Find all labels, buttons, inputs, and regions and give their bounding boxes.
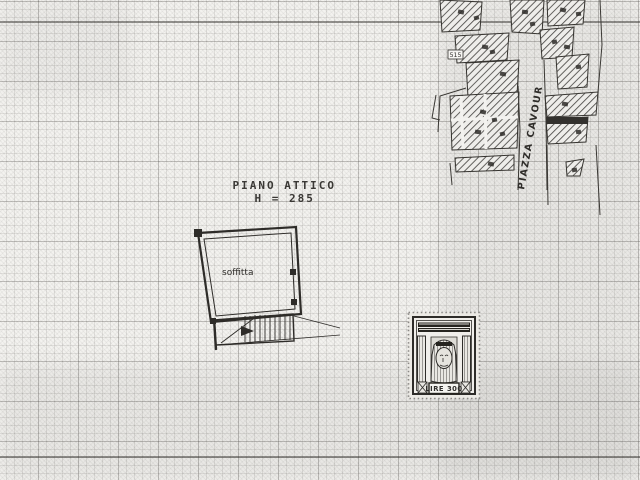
parcel-number-label: 515 [450, 52, 462, 59]
sheet-rule-bottom [0, 456, 640, 458]
building-dark-band [546, 117, 588, 124]
revenue-stamp: LIRE 300 [407, 311, 481, 400]
wall-pillar [210, 318, 216, 324]
extension-line [216, 335, 340, 345]
stair-direction-arrow [241, 326, 254, 336]
plan-height-label: H = 285 [255, 192, 315, 205]
wall-pillar [291, 299, 297, 305]
extension-line [294, 316, 340, 328]
wall-pillar [194, 229, 202, 237]
map-parcel [556, 54, 589, 89]
room-label: soffitta [222, 268, 253, 278]
stamp-portrait [431, 337, 457, 383]
parcel-number-515: 515 [448, 50, 463, 59]
scan-shading [0, 0, 130, 95]
floor-plan-drawing: soffitta [175, 210, 350, 360]
cadastral-map: 515 PIAZZA CAVOUR [430, 0, 640, 220]
scanned-document-page: PIANO ATTICO H = 285 soffitta [0, 0, 640, 480]
map-parcel [545, 92, 598, 117]
wall-pillar [290, 269, 296, 275]
stamp-left-column [418, 336, 426, 382]
map-parcel [510, 0, 544, 34]
map-parcel [455, 155, 514, 172]
stamp-right-column [463, 336, 471, 382]
street-label: PIAZZA CAVOUR [516, 84, 545, 190]
map-parcel [466, 60, 519, 97]
map-parcel [566, 159, 584, 176]
map-parcel [440, 0, 482, 32]
stamp-denomination: LIRE 300 [425, 385, 462, 393]
scan-shading [0, 365, 640, 480]
plan-title-text: PIANO ATTICO [233, 179, 336, 192]
